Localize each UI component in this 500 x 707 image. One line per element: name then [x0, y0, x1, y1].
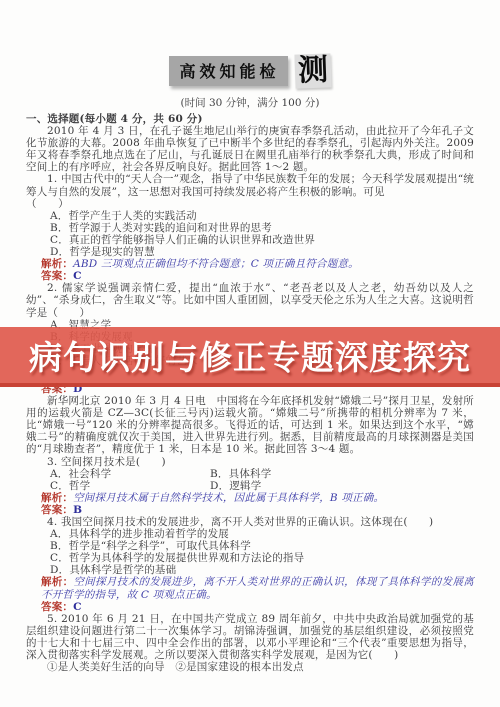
document-body: 一、选择题(每小题 4 分，共 60 分) 2010 年 4 月 3 日，在孔子… [0, 113, 500, 673]
question-3-option-b: B．具体科学 [210, 468, 271, 480]
question-4-analysis: 解析：空间探月技术的发展进步，离不开人类对世界的正确认识，体现了具体科学的发展离… [26, 576, 474, 600]
question-4-answer: 答案：C [26, 601, 474, 613]
analysis-label: 解析： [41, 258, 73, 270]
question-4-option-c: C．哲学为具体科学的发展提供世界观和方法论的指导 [26, 552, 474, 564]
question-3-option-c: C．哲学 [50, 480, 210, 492]
question-1-option-c: C．真正的哲学能够指导人们正确的认识世界和改造世界 [26, 234, 474, 246]
question-4-stem: 4. 我国空间探月技术的发展进步，离不开人类对世界的正确认识。这体现在( ) [26, 516, 474, 528]
timing-line: (时间 30 分钟，满分 100 分) [0, 95, 500, 110]
question-5-stem: 5. 2010 年 6 月 21 日，在中国共产党成立 89 周年前夕，中共中央… [26, 613, 474, 661]
question-3-option-a: A．社会科学 [50, 468, 210, 480]
intro-paragraph-1: 2010 年 4 月 3 日，在孔子诞生地尼山举行的庚寅春季祭孔活动，由此拉开了… [26, 125, 474, 173]
question-3-answer: 答案：B [26, 504, 474, 516]
question-2-stem: 2. 儒家学说强调亲情仁爱，提出“血浓于水”、“老吾老以及人之老，幼吾幼以及人之… [26, 282, 474, 318]
question-5-items: ①是人类美好生活的向导 ②是国家建设的根本出发点 [26, 661, 474, 673]
question-4-option-b: B．哲学是“科学之科学”，可取代具体科学 [26, 540, 474, 552]
answer-label: 答案： [41, 270, 73, 282]
question-3-stem: 3. 空间探月技术是( ) [26, 456, 474, 468]
watermark-text: 病句识别与修正专题深度探究 [29, 332, 471, 379]
question-1-paren: （ ） [26, 198, 474, 210]
analysis-label: 解析： [41, 576, 73, 588]
question-3-option-d: D．逻辑学 [210, 480, 261, 492]
question-1-analysis: 解析：ABD 三项观点正确但均不符合题意；C 项正确且符合题意。 [26, 258, 474, 270]
question-3-options-row-1: A．社会科学B．具体科学 [26, 468, 474, 480]
watermark-banner: 病句识别与修正专题深度探究 [0, 327, 500, 387]
question-1-stem: 1. 中国古代中的“天人合一”观念，指导了中华民族数千年的发展；今天科学发展观提… [26, 173, 474, 197]
question-3-analysis: 解析：空间探月技术属于自然科学技术，因此属于具体科学，B 项正确。 [26, 492, 474, 504]
question-4-option-d: D．具体科学是哲学的基础 [26, 564, 474, 576]
answer-value: B [73, 504, 82, 516]
question-1-option-d: D．哲学是现实的智慧 [26, 246, 474, 258]
answer-value: C [73, 270, 82, 282]
answer-label: 答案： [41, 601, 73, 613]
analysis-label: 解析： [41, 492, 73, 504]
analysis-text: 空间探月技术的发展进步，离不开人类对世界的正确认识，体现了具体科学的发展离不开哲… [41, 576, 474, 600]
section-title: 一、选择题(每小题 4 分，共 60 分) [26, 113, 474, 125]
analysis-text: 空间探月技术属于自然科学技术，因此属于具体科学，B 项正确。 [73, 492, 384, 504]
logo-badge: 高效知能检 [169, 56, 287, 86]
answer-value: C [73, 601, 82, 613]
analysis-text: ABD 三项观点正确但均不符合题意；C 项正确且符合题意。 [73, 258, 359, 270]
question-1-option-b: B．哲学源于人类对实践的追问和对世界的思考 [26, 222, 474, 234]
question-1-answer: 答案：C [26, 270, 474, 282]
answer-label: 答案： [41, 504, 73, 516]
intro-paragraph-2: 新华网北京 2010 年 3 月 4 日电 中国将在今年底择机发射“嫦娥二号”探… [26, 395, 474, 455]
question-4-option-a: A．具体科学的进步推动着哲学的发展 [26, 528, 474, 540]
header-logo: 高效知能检测 [0, 54, 500, 88]
question-3-options-row-2: C．哲学D．逻辑学 [26, 480, 474, 492]
worksheet-page: 高效知能检测 (时间 30 分钟，满分 100 分) 一、选择题(每小题 4 分… [0, 0, 500, 707]
logo-stamp: 测 [294, 53, 331, 88]
question-1-option-a: A．哲学产生于人类的实践活动 [26, 210, 474, 222]
